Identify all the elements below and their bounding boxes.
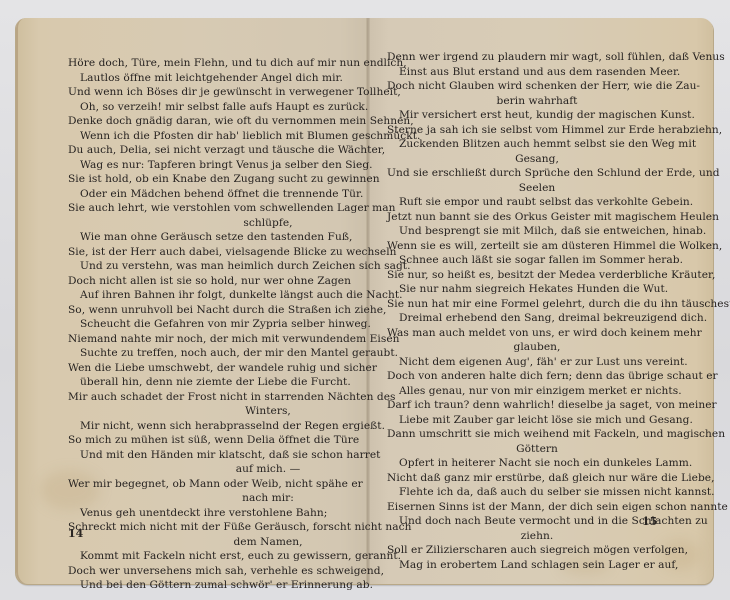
verse-line: dem Namen,: [68, 535, 368, 550]
right-page-text: Denn wer irgend zu plaudern mir wagt, so…: [387, 50, 687, 572]
verse-line: Venus geh unentdeckt ihre verstohlene Ba…: [68, 506, 368, 521]
verse-line: Scheucht die Gefahren von mir Zypria sel…: [68, 317, 368, 332]
verse-line: berin wahrhaft: [387, 94, 637, 109]
verse-line: Doch nicht Glauben wird schenken der Her…: [387, 79, 687, 94]
verse-line: Mir auch schadet der Frost nicht in star…: [68, 390, 368, 405]
verse-line: nach mir:: [68, 491, 368, 506]
verse-line: Auf ihren Bahnen ihr folgt, dunkelte län…: [68, 288, 368, 303]
verse-line: Wer mir begegnet, ob Mann oder Weib, nic…: [68, 477, 368, 492]
verse-line: Sterne ja sah ich sie selbst vom Himmel …: [387, 123, 687, 138]
verse-line: Mir nicht, wenn sich herabprasselnd der …: [68, 419, 368, 434]
verse-line: Schnee auch läßt sie sogar fallen im Som…: [387, 253, 687, 268]
verse-line: So mich zu mühen ist süß, wenn Delia öff…: [68, 433, 368, 448]
verse-line: Und zu verstehn, was man heimlich durch …: [68, 259, 368, 274]
verse-line: Und mit den Händen mir klatscht, daß sie…: [68, 448, 368, 463]
page-number-left: 14: [68, 527, 83, 540]
verse-line: Denke doch gnädig daran, wie oft du vern…: [68, 114, 368, 129]
verse-line: Was man auch meldet von uns, er wird doc…: [387, 326, 687, 341]
verse-line: Höre doch, Türe, mein Flehn, und tu dich…: [68, 56, 368, 71]
left-page-text: Höre doch, Türe, mein Flehn, und tu dich…: [68, 56, 368, 593]
verse-line: Wen die Liebe umschwebt, der wandele ruh…: [68, 361, 368, 376]
verse-line: Eisernen Sinns ist der Mann, der dich se…: [387, 500, 687, 515]
verse-line: Wie man ohne Geräusch setze den tastende…: [68, 230, 368, 245]
verse-line: Alles genau, nur von mir einzigem merket…: [387, 384, 687, 399]
verse-line: Sie nur, so heißt es, besitzt der Medea …: [387, 268, 687, 283]
verse-line: Kommt mit Fackeln nicht erst, euch zu ge…: [68, 549, 368, 564]
verse-line: Und wenn ich Böses dir je gewünscht in v…: [68, 85, 368, 100]
verse-line: schlüpfe,: [68, 216, 368, 231]
verse-line: Niemand nahte mir noch, der mich mit ver…: [68, 332, 368, 347]
verse-line: Darf ich traun? denn wahrlich! dieselbe …: [387, 398, 687, 413]
page-number-right: 15: [642, 515, 657, 528]
verse-line: Gesang,: [387, 152, 637, 167]
verse-line: Suchte zu treffen, noch auch, der mir de…: [68, 346, 368, 361]
verse-line: Sie nun hat mir eine Formel gelehrt, dur…: [387, 297, 687, 312]
verse-line: Sie ist hold, ob ein Knabe den Zugang su…: [68, 172, 368, 187]
verse-line: Mir versichert erst heut, kundig der mag…: [387, 108, 687, 123]
verse-line: Seelen: [387, 181, 637, 196]
verse-line: Sie auch lehrt, wie verstohlen vom schwe…: [68, 201, 368, 216]
verse-line: Und besprengt sie mit Milch, daß sie ent…: [387, 224, 687, 239]
verse-line: glauben,: [387, 340, 637, 355]
verse-line: Winters,: [68, 404, 368, 419]
verse-line: auf mich. —: [68, 462, 368, 477]
verse-line: Dann umschritt sie mich weihend mit Fack…: [387, 427, 687, 442]
verse-line: Nicht daß ganz mir erstürbe, daß gleich …: [387, 471, 687, 486]
verse-line: Nicht dem eigenen Aug', fäh' er zur Lust…: [387, 355, 687, 370]
verse-line: Du auch, Delia, sei nicht verzagt und tä…: [68, 143, 368, 158]
verse-line: Opfert in heiterer Nacht sie noch ein du…: [387, 456, 687, 471]
verse-line: Einst aus Blut erstand und aus dem rasen…: [387, 65, 687, 80]
verse-line: Oder ein Mädchen behend öffnet die trenn…: [68, 187, 368, 202]
verse-line: Schreckt mich nicht mit der Füße Geräusc…: [68, 520, 368, 535]
verse-line: Denn wer irgend zu plaudern mir wagt, so…: [387, 50, 687, 65]
verse-line: Doch von anderen halte dich fern; denn d…: [387, 369, 687, 384]
verse-line: Liebe mit Zauber gar leicht löse sie mic…: [387, 413, 687, 428]
verse-line: Wenn sie es will, zerteilt sie am düster…: [387, 239, 687, 254]
verse-line: überall hin, denn nie ziemte der Liebe d…: [68, 375, 368, 390]
verse-line: Göttern: [387, 442, 637, 457]
verse-line: Mag in erobertem Land schlagen sein Lage…: [387, 558, 687, 573]
verse-line: Dreimal erhebend den Sang, dreimal bekre…: [387, 311, 687, 326]
verse-line: Zuckenden Blitzen auch hemmt selbst sie …: [387, 137, 687, 152]
verse-line: So, wenn unruhvoll bei Nacht durch die S…: [68, 303, 368, 318]
verse-line: Oh, so verzeih! mir selbst falle aufs Ha…: [68, 100, 368, 115]
verse-line: Flehte ich da, daß auch du selber sie mi…: [387, 485, 687, 500]
verse-line: Doch nicht allen ist sie so hold, nur we…: [68, 274, 368, 289]
verse-line: Und bei den Göttern zumal schwör' er Eri…: [68, 578, 368, 593]
verse-line: Und sie erschließt durch Sprüche den Sch…: [387, 166, 687, 181]
verse-line: Soll er Zilizierscharen auch siegreich m…: [387, 543, 687, 558]
verse-line: ziehn.: [387, 529, 637, 544]
verse-line: Wenn ich die Pfosten dir hab' lieblich m…: [68, 129, 368, 144]
verse-line: Ruft sie empor und raubt selbst das verk…: [387, 195, 687, 210]
verse-line: Sie nur nahm siegreich Hekates Hunden di…: [387, 282, 687, 297]
verse-line: Wag es nur: Tapferen bringt Venus ja sel…: [68, 158, 368, 173]
verse-line: Jetzt nun bannt sie des Orkus Geister mi…: [387, 210, 687, 225]
verse-line: Sie, ist der Herr auch dabei, vielsagend…: [68, 245, 368, 260]
verse-line: Lautlos öffne mit leichtgehender Angel d…: [68, 71, 368, 86]
verse-line: Doch wer unversehens mich sah, verhehle …: [68, 564, 368, 579]
